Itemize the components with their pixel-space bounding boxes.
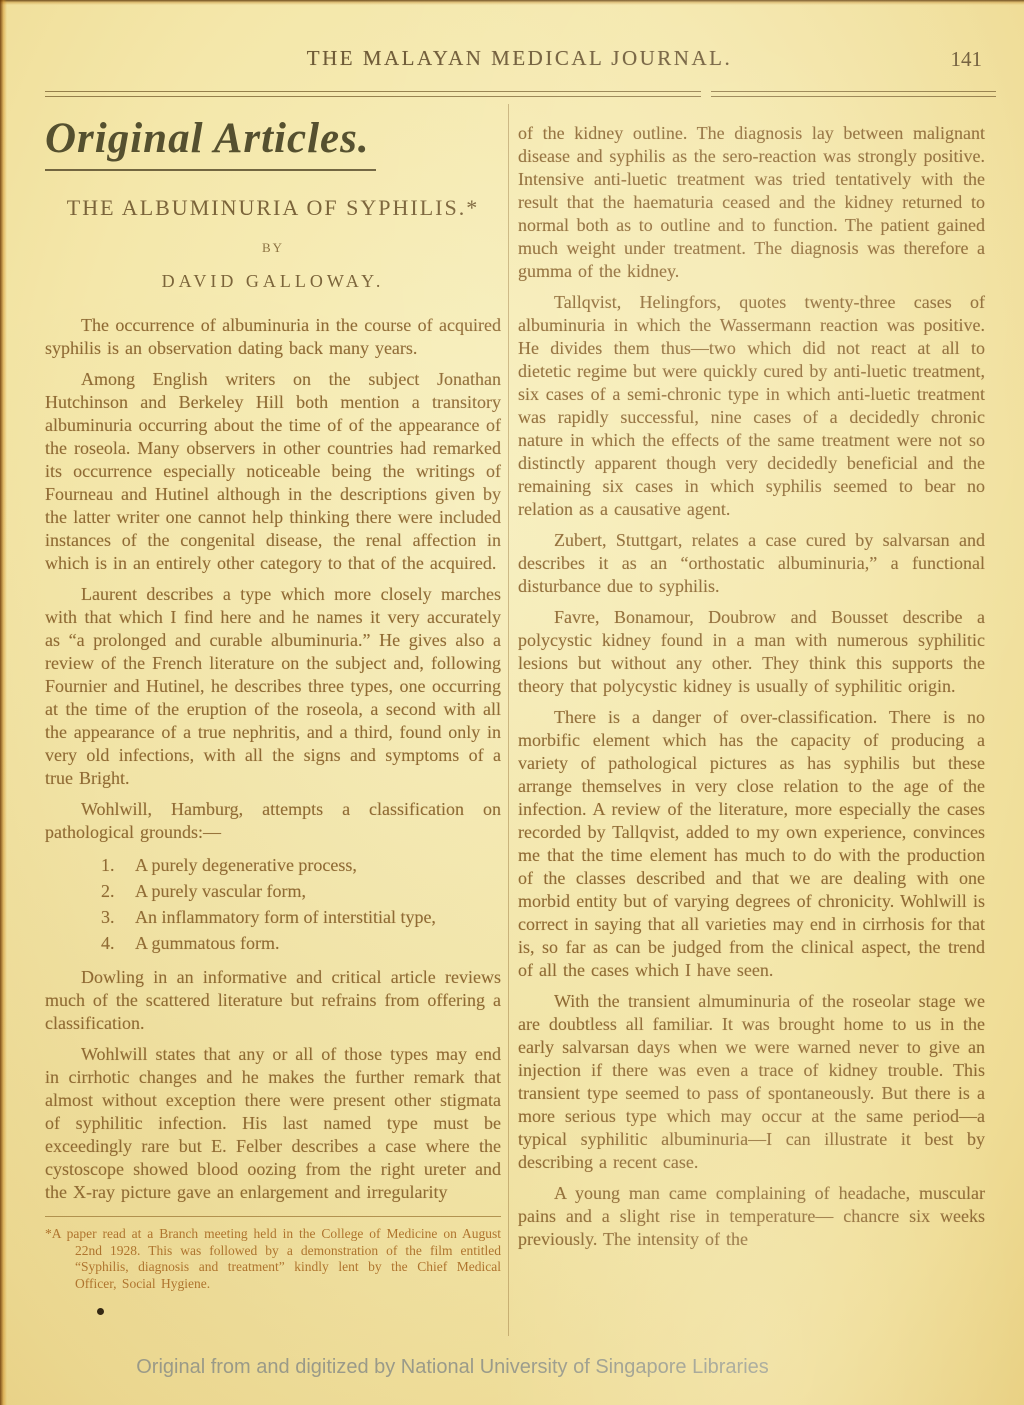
body-paragraph: Wohlwill, Hamburg, attempts a classifica… xyxy=(45,798,501,844)
journal-title: THE MALAYAN MEDICAL JOURNAL. xyxy=(307,46,732,70)
header-double-rule xyxy=(45,91,996,97)
list-item: 3.An inflammatory form of interstitial t… xyxy=(101,904,501,930)
footer-caption: Original from and digitized by National … xyxy=(0,1356,905,1379)
scan-edge-top xyxy=(0,0,1024,5)
classification-list: 1.A purely degenerative process, 2.A pur… xyxy=(45,852,501,956)
byline-label: BY xyxy=(45,240,501,256)
body-paragraph: The occurrence of albuminuria in the cou… xyxy=(45,314,501,360)
footnote: *A paper read at a Branch meeting held i… xyxy=(45,1226,501,1292)
body-paragraph: A young man came complaining of headache… xyxy=(518,1182,985,1251)
list-item-number: 1. xyxy=(101,852,135,878)
body-paragraph: Zubert, Stuttgart, relates a case cured … xyxy=(518,529,985,598)
list-item: 2.A purely vascular form, xyxy=(101,878,501,904)
author-name: DAVID GALLOWAY. xyxy=(45,271,501,292)
body-paragraph: of the kidney outline. The diagnosis lay… xyxy=(518,122,985,283)
article-title: THE ALBUMINURIA OF SYPHILIS.* xyxy=(45,195,501,221)
body-paragraph: Tallqvist, Helingfors, quotes twenty-thr… xyxy=(518,291,985,521)
page-header: THE MALAYAN MEDICAL JOURNAL. 141 xyxy=(45,46,994,71)
body-paragraph: Dowling in an informative and critical a… xyxy=(45,966,501,1035)
header-rule-segment-right xyxy=(711,91,996,97)
body-paragraph: Favre, Bonamour, Doubrow and Bousset des… xyxy=(518,606,985,698)
article-body: Original Articles. THE ALBUMINURIA OF SY… xyxy=(45,114,985,1315)
left-column: Original Articles. THE ALBUMINURIA OF SY… xyxy=(45,114,501,1315)
ink-dot xyxy=(97,1308,104,1315)
footnote-rule xyxy=(45,1216,501,1217)
body-paragraph: There is a danger of over-classification… xyxy=(518,706,985,982)
scan-edge-left xyxy=(0,0,7,1405)
list-item-text: An inflammatory form of interstitial typ… xyxy=(135,907,436,927)
list-item: 1.A purely degenerative process, xyxy=(101,852,501,878)
body-paragraph: Laurent describes a type which more clos… xyxy=(45,583,501,790)
list-item-text: A purely degenerative process, xyxy=(135,855,357,875)
scanned-journal-page: THE MALAYAN MEDICAL JOURNAL. 141 Origina… xyxy=(0,0,1024,1405)
right-column: of the kidney outline. The diagnosis lay… xyxy=(518,114,985,1315)
list-item: 4.A gummatous form. xyxy=(101,930,501,956)
list-item-number: 3. xyxy=(101,904,135,930)
list-item-text: A gummatous form. xyxy=(135,933,280,953)
header-rule-segment-left xyxy=(45,91,701,97)
section-heading: Original Articles. xyxy=(45,114,376,171)
body-paragraph: Wohlwill states that any or all of those… xyxy=(45,1043,501,1204)
list-item-number: 2. xyxy=(101,878,135,904)
body-paragraph: Among English writers on the subject Jon… xyxy=(45,368,501,575)
body-paragraph: With the transient almuminuria of the ro… xyxy=(518,990,985,1174)
page-number: 141 xyxy=(951,47,983,72)
list-item-number: 4. xyxy=(101,930,135,956)
list-item-text: A purely vascular form, xyxy=(135,881,306,901)
